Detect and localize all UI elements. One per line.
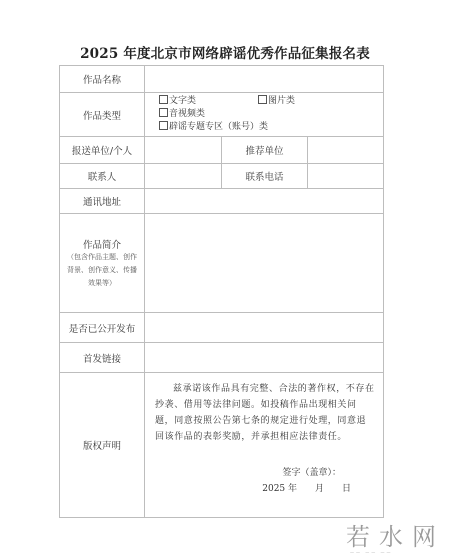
checkbox-audio-video[interactable]: 音视频类: [159, 108, 244, 121]
submitter-label: 报送单位/个人: [60, 137, 145, 164]
phone-label: 联系电话: [222, 164, 308, 189]
page-title: 2025 年度北京市网络辟谣优秀作品征集报名表: [0, 42, 450, 62]
submitter-field[interactable]: [145, 137, 222, 164]
contact-field[interactable]: [145, 164, 222, 189]
copyright-cell: 兹承诺该作品具有完整、合法的著作权，不存在抄袭、借用等法律问题。如投稿作品出现相…: [145, 373, 384, 518]
address-field[interactable]: [145, 189, 384, 214]
checkbox-text[interactable]: 文字类: [159, 95, 244, 108]
work-type-label: 作品类型: [60, 93, 145, 137]
work-type-options: 文字类图片类 音视频类辟谣专题专区（账号）类: [145, 93, 384, 137]
intro-label-cell: 作品简介 （包含作品主题、创作背景、创作意义、传播效果等）: [60, 214, 145, 313]
signature-label: 签字（盖章）：: [145, 465, 351, 481]
work-name-field[interactable]: [145, 66, 384, 93]
first-link-field[interactable]: [145, 343, 384, 373]
copyright-label: 版权声明: [60, 373, 145, 518]
address-label: 通讯地址: [60, 189, 145, 214]
checkbox-image[interactable]: 图片类: [258, 95, 343, 108]
contact-label: 联系人: [60, 164, 145, 189]
checkbox-icon: [258, 95, 267, 104]
intro-label: 作品简介: [66, 237, 138, 251]
checkbox-icon: [159, 121, 168, 130]
intro-field[interactable]: [145, 214, 384, 313]
copyright-statement: 兹承诺该作品具有完整、合法的著作权，不存在抄袭、借用等法律问题。如投稿作品出现相…: [145, 373, 383, 445]
watermark-logo: 若水网: [346, 517, 445, 552]
phone-field[interactable]: [308, 164, 384, 189]
checkbox-icon: [159, 95, 168, 104]
published-label: 是否已公开发布: [60, 313, 145, 343]
recommender-field[interactable]: [308, 137, 384, 164]
checkbox-icon: [159, 108, 168, 117]
recommender-label: 推荐单位: [222, 137, 308, 164]
first-link-label: 首发链接: [60, 343, 145, 373]
published-field[interactable]: [145, 313, 384, 343]
date-line: 2025 年 月 日: [145, 481, 351, 497]
work-name-label: 作品名称: [60, 66, 145, 93]
registration-form-table: 作品名称 作品类型 文字类图片类 音视频类辟谣专题专区（账号）类 报送单位/个人…: [59, 65, 384, 518]
watermark-subtext: —— —— ——: [350, 550, 393, 555]
intro-hint: （包含作品主题、创作背景、创作意义、传播效果等）: [66, 251, 138, 290]
checkbox-special-topic[interactable]: 辟谣专题专区（账号）类: [159, 121, 299, 134]
